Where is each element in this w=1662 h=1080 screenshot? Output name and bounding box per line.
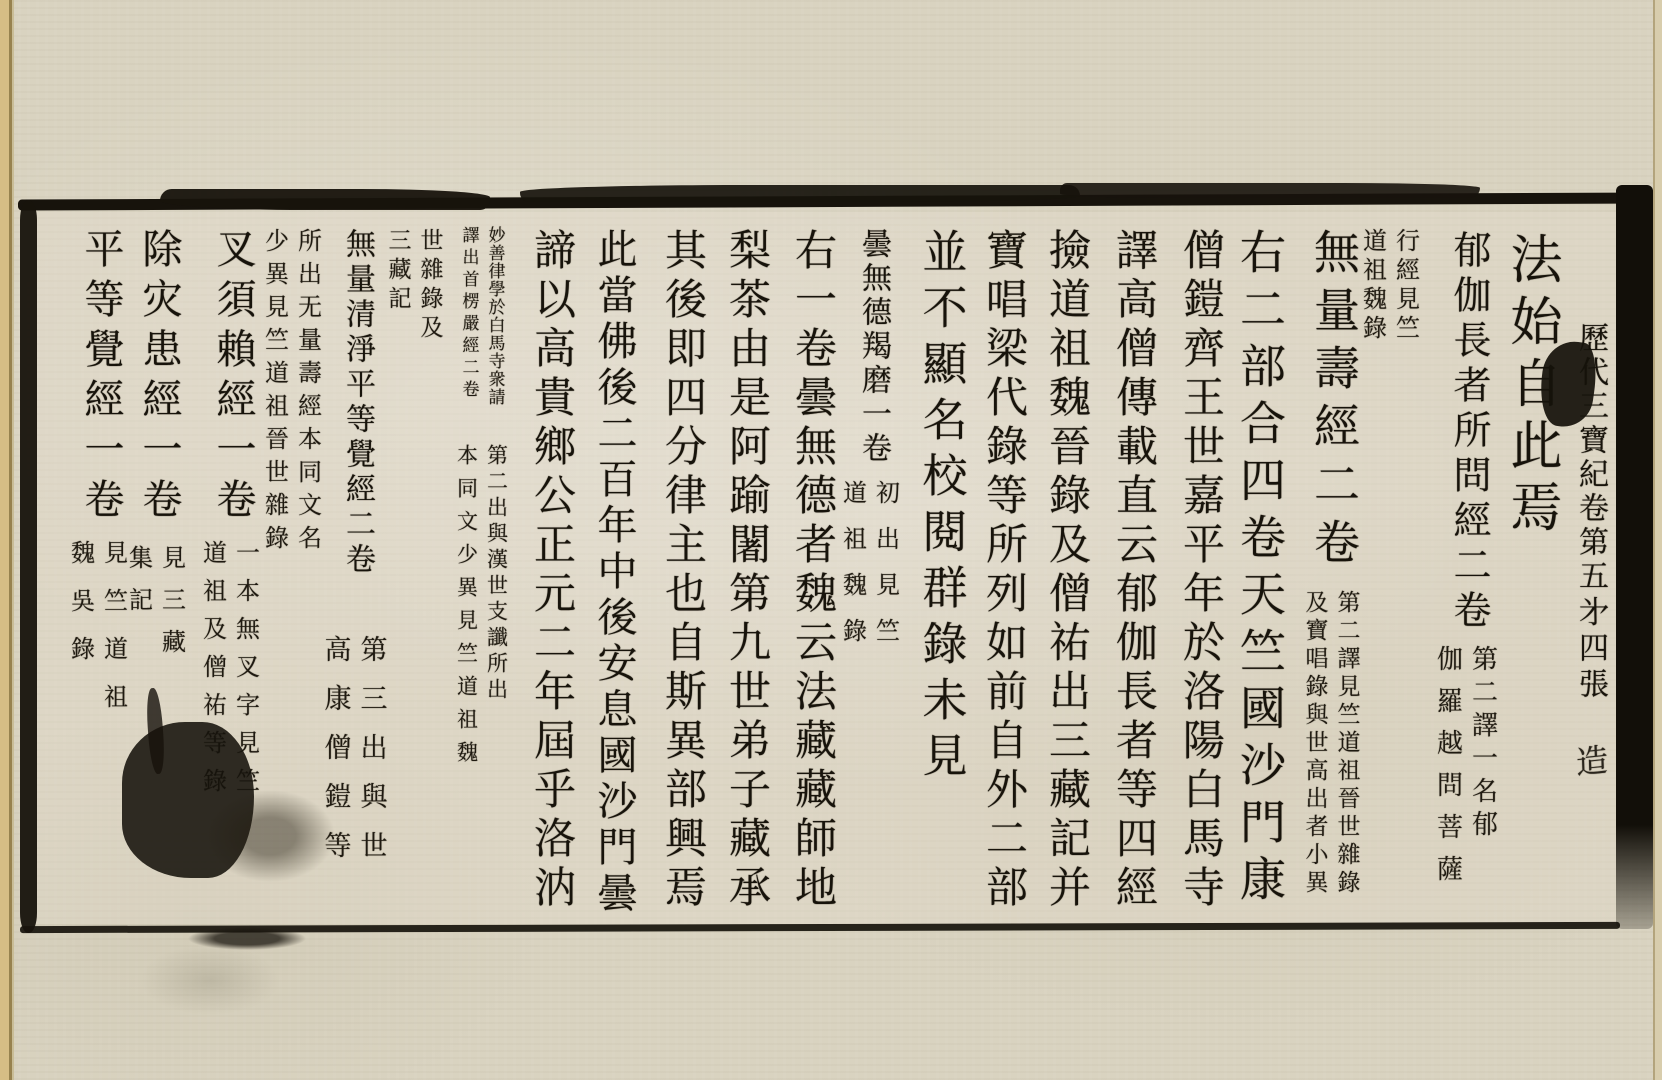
entry-wuliangshou-column-annotation-right-subcolumn: 第二譯見竺道祖晉世雜錄 <box>1329 590 1358 898</box>
entry-chuzaihuan-column-text: 除灾患經一卷 <box>125 228 179 528</box>
prose-column-5-text: 寶唱梁代錄等所列如前自外二部 <box>969 228 1025 914</box>
small-double-column-annotation-left-subcolumn: 本同文少異見竺道祖魏 <box>450 444 477 774</box>
entry-wuliang-qingjing-column-text: 無量清淨平等覺經二卷 <box>328 228 372 578</box>
entry-tanwude-jiemo-column-annotation: 初出見竺道祖魏錄 <box>835 480 898 664</box>
prose-column-4-text: 撿道祖魏晉錄及僧祐出三藏記并 <box>1032 228 1088 914</box>
annotation-continuation-column-3-annotation-right-subcolumn: 所出无量壽經本同文名 <box>290 228 320 558</box>
annotation-continuation-column-2-annotation: 世雜錄及三藏記 <box>380 228 441 344</box>
entry-wuliangshou-column-annotation-left-subcolumn: 及寶唱錄與世高出者小異 <box>1297 590 1326 898</box>
frame-border-right <box>1616 185 1653 929</box>
scroll-sheet: 歷代三寶紀卷第五㐧四張造法始自此焉郁伽長者所問經二卷第二譯一名郁伽羅越問菩薩行經… <box>0 0 1662 1080</box>
prose-column-11-text: 諦以高貴鄉公正元二年屆乎洛汭 <box>517 228 573 914</box>
prose-column-10-text: 此當佛後二百年中後安息國沙門曇 <box>580 228 634 918</box>
annotation-continuation-column-3-annotation: 所出无量壽經本同文名少異見竺道祖晉世雜錄 <box>257 228 320 558</box>
entry-wuliangshou-column-annotation: 第二譯見竺道祖晉世雜錄及寶唱錄與世高出者小異 <box>1297 590 1358 898</box>
entry-pingdengjue-column-annotation-left-subcolumn: 魏吳錄 <box>63 540 93 732</box>
prose-column-2-text: 僧鎧齊王世嘉平年於洛陽白馬寺 <box>1166 228 1222 914</box>
frame-border-top-ink-blotch <box>520 185 1080 202</box>
frame-border-top-ink-blotch <box>1060 183 1480 198</box>
prose-column-8-text: 梨茶由是阿踰闍第九世弟子藏承 <box>712 228 768 914</box>
entry-tanwude-jiemo-column-text: 曇無德羯磨一卷 <box>844 228 888 466</box>
scroll-paper-edge-left <box>0 0 14 1080</box>
small-double-column-annotation: 妙善律學於白馬寺衆請譯出首楞嚴經二卷 <box>454 226 503 406</box>
frame-border-left <box>20 200 37 933</box>
entry-yujia-zhangzhe-column-annotation: 第二譯一名郁伽羅越問菩薩 <box>1429 645 1496 897</box>
small-double-column-annotation: 第二出與漢世支讖所出本同文少異見竺道祖魏 <box>450 444 507 774</box>
entry-pingdengjue-column-annotation-right-subcolumn: 見竺道祖 <box>96 540 126 732</box>
prose-column-1-text: 右二部合四卷天竺國沙門康 <box>1223 228 1283 912</box>
annotation-continuation-column-annotation-right-subcolumn: 行經見竺 <box>1388 228 1418 344</box>
sheet-mark-column-text: 造 <box>1560 743 1607 780</box>
entry-wuliangshou-column-text: 無量壽經二卷 <box>1297 228 1357 576</box>
prose-column-7-text: 右一卷曇無德者魏云法藏藏師地 <box>778 228 834 914</box>
entry-pingdengjue-column-text: 平等覺經一卷 <box>67 228 121 528</box>
entry-chaxulai-column-text: 叉須賴經一卷 <box>199 228 253 528</box>
entry-yujia-zhangzhe-column-text: 郁伽長者所問經二卷 <box>1436 230 1488 635</box>
small-double-column-annotation-right-subcolumn: 妙善律學於白馬寺衆請 <box>480 226 503 406</box>
annotation-continuation-column-2-annotation-right-subcolumn: 世雜錄及 <box>412 228 441 344</box>
annotation-continuation-column-2-annotation-left-subcolumn: 三藏記 <box>380 228 409 344</box>
small-double-column-annotation-left-subcolumn: 譯出首楞嚴經二卷 <box>454 226 477 406</box>
entry-pingdengjue-column-annotation: 見竺道祖魏吳錄 <box>63 540 126 732</box>
prose-column-9-text: 其後即四分律主也自斯異部興焉 <box>648 228 704 914</box>
paper-stain <box>140 945 280 1015</box>
entry-yujia-zhangzhe-column-annotation-right-subcolumn: 第二譯一名郁 <box>1464 645 1496 897</box>
prose-column-6-text: 並不顯名校閱群錄未見 <box>905 228 964 788</box>
entry-tanwude-jiemo-column-annotation-left-subcolumn: 道祖魏錄 <box>835 480 865 664</box>
ink-smudge-bottom-left-halo <box>205 790 335 882</box>
entry-chuzaihuan-column-annotation-right-subcolumn: 見三藏 <box>154 545 184 671</box>
entry-tanwude-jiemo-column-annotation-right-subcolumn: 初出見竺 <box>868 480 898 664</box>
entry-wuliang-qingjing-column-annotation-right-subcolumn: 第三出與世 <box>352 635 385 880</box>
annotation-continuation-column-annotation: 行經見竺道祖魏錄 <box>1355 228 1418 344</box>
annotation-continuation-column-3-annotation-left-subcolumn: 少異見竺道祖晉世雜錄 <box>257 228 287 558</box>
prose-column-3-text: 譯高僧傳載直云郁伽長者等四經 <box>1099 228 1155 914</box>
scroll-paper-edge-right <box>1653 0 1662 1080</box>
sheet-mark-column-text: 㐧四張 <box>1561 596 1605 704</box>
frame-border-top-ink-blotch <box>160 189 490 210</box>
entry-chuzaihuan-column-annotation: 見三藏集記 <box>121 545 184 671</box>
entry-yujia-zhangzhe-column-annotation-left-subcolumn: 伽羅越問菩薩 <box>1429 645 1461 897</box>
small-double-column-annotation-right-subcolumn: 第二出與漢世支讖所出 <box>480 444 507 774</box>
